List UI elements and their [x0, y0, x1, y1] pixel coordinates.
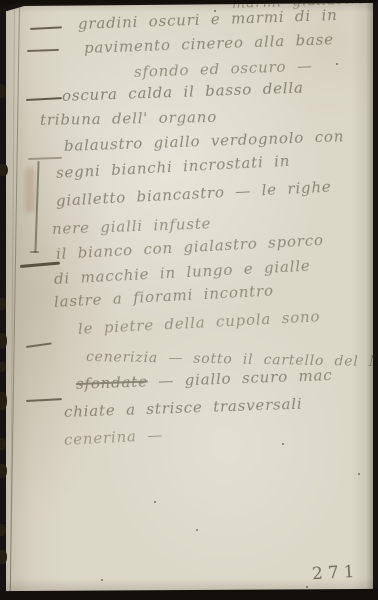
- binding-stitch: [0, 392, 7, 410]
- handwritten-line: tribuna dell' organo: [40, 108, 217, 129]
- binding-stitch: [0, 464, 7, 478]
- handwritten-line: nere gialli infuste: [52, 214, 212, 238]
- paper-speck: [336, 63, 338, 65]
- paper-speck: [154, 501, 156, 503]
- handwritten-line: sfondate — giallo scuro mac: [76, 366, 333, 393]
- paper-speck: [196, 529, 198, 531]
- handwritten-line: oscura calda il basso della: [62, 79, 304, 105]
- page-number: 271: [312, 562, 360, 584]
- handwritten-line: segni bianchi incrostati in: [56, 152, 291, 182]
- handwritten-line: chiate a strisce trasversali: [64, 395, 303, 421]
- paper-sheet: marmi giallastrigradini oscuri e marmi d…: [6, 3, 373, 592]
- paper-speck: [306, 586, 308, 588]
- handwritten-line: cenerina —: [64, 426, 164, 449]
- scanned-notebook-page: marmi giallastrigradini oscuri e marmi d…: [0, 0, 378, 600]
- handwritten-line: le pietre della cupola sono: [78, 307, 321, 338]
- margin-tick-mark: [26, 342, 52, 348]
- binding-stitch: [0, 298, 6, 310]
- margin-tick-mark: [34, 161, 39, 253]
- binding-stitch: [0, 524, 6, 536]
- binding-stitch: [0, 438, 6, 450]
- handwritten-line: pavimento cinereo alla base: [84, 30, 334, 57]
- margin-tick-mark: [26, 97, 62, 101]
- handwritten-line: gialletto biancastro — le righe: [56, 178, 332, 210]
- paper-speck: [214, 10, 216, 12]
- binding-stitch: [0, 550, 7, 564]
- binding-stitch: [0, 84, 6, 98]
- handwritten-line: sfondo ed oscuro —: [134, 57, 313, 81]
- paper-speck: [282, 443, 284, 445]
- margin-tick-mark: [30, 26, 62, 30]
- paper-speck: [101, 579, 103, 581]
- margin-tick-mark: [30, 251, 39, 253]
- margin-tick-mark: [26, 398, 62, 402]
- ink-stain: [25, 167, 35, 213]
- handwritten-line: cenerizia — sotto il cartello del N.S.: [86, 349, 378, 371]
- scan-border-top: [0, 0, 378, 4]
- margin-tick-mark: [28, 157, 62, 160]
- paper-speck: [358, 473, 360, 475]
- margin-tick-mark: [20, 262, 60, 268]
- handwritten-line: gradini oscuri e marmi di in: [78, 6, 338, 33]
- binding-stitch: [0, 362, 6, 372]
- margin-tick-mark: [27, 49, 59, 52]
- handwritten-line: balaustro giallo verdognolo con: [64, 127, 345, 155]
- binding-stitch: [0, 333, 7, 349]
- scan-border-bottom: [0, 589, 378, 600]
- binding-stitch: [0, 164, 8, 176]
